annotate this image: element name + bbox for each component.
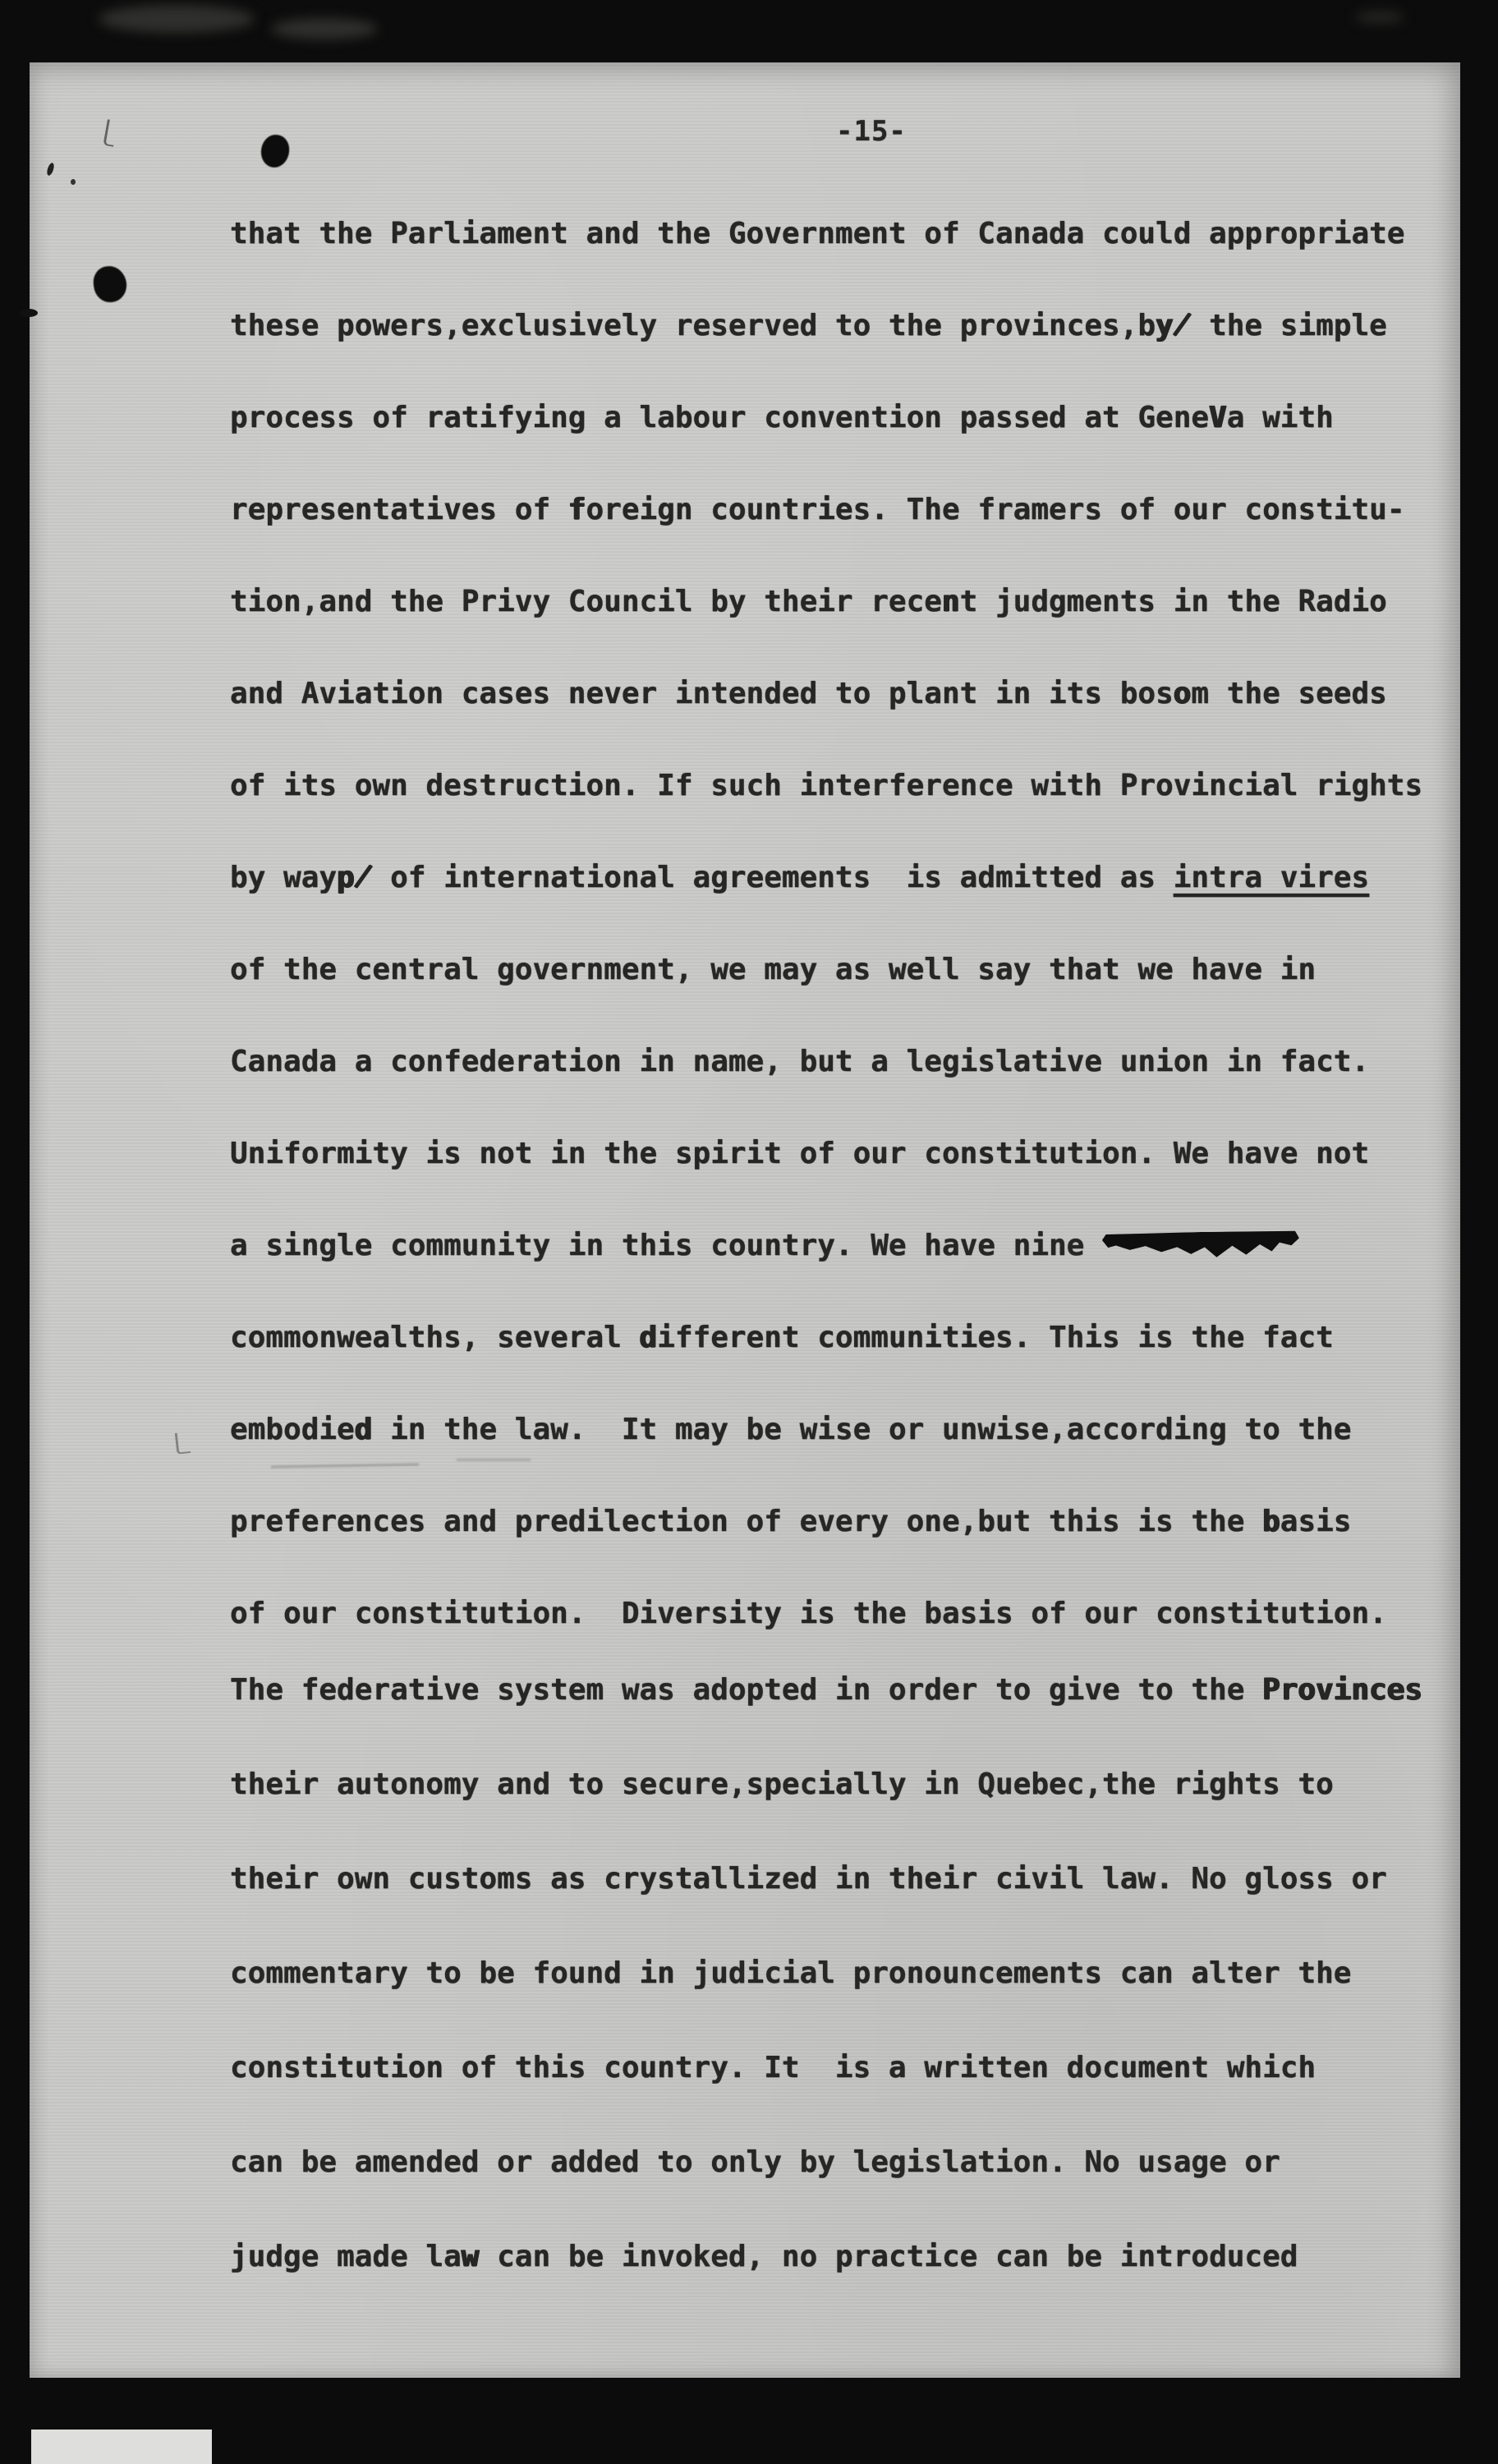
text-line: their own customs as crystallized in the… [230,1862,1462,1956]
text-segment: can be invoked, no practice can be intro… [479,2240,1298,2273]
scan-smudge [1355,11,1404,23]
text-segment: commentary to be found in judicial prono… [230,1956,1351,1990]
overtyped-character: p̸ [337,861,372,894]
text-segment: Canada a confederation in name, but a le… [230,1045,1369,1078]
overtyped-character: f [568,493,586,526]
pencil-mark [103,119,117,147]
text-segment: a with [1227,401,1334,434]
text-line: The federative system was adopted in ord… [230,1673,1462,1768]
text-segment: representatives of [230,493,568,526]
text-line: that the Parliament and the Government o… [230,217,1462,309]
overtyped-character: n [942,585,960,618]
text-line: constitution of this country. It is a wr… [230,2051,1462,2145]
text-line: Uniformity is not in the spirit of our c… [230,1137,1462,1229]
text-segment: of its own destruction. If such interfer… [230,769,1422,802]
ink-speck [71,179,76,185]
overtyped-character: d [640,1321,658,1354]
text-segment: constitution of this country. It is a wr… [230,2051,1316,2085]
text-segment: preferences and predilection of every on… [230,1505,1262,1538]
text-line: their autonomy and to secure,specially i… [230,1768,1462,1862]
text-segment: by way [230,861,337,894]
text-segment: a single community in this country. We h… [230,1229,1084,1262]
text-segment: oreign countries. The framers of our con… [586,493,1405,526]
text-segment: of international agreements is admitted … [372,861,1173,894]
text-segment: asis [1280,1505,1352,1538]
text-segment: in the law. It may be wise or unwise,acc… [372,1413,1351,1446]
text-line: by wayp̸ of international agreements is … [230,861,1462,953]
text-segment: can be amended or added to only by legis… [230,2145,1280,2179]
text-segment: ifferent communities. This is the fact [657,1321,1334,1354]
text-line: and Aviation cases never intended to pla… [230,677,1462,769]
text-segment: tion,and the Privy Council by their rece [230,585,942,618]
text-segment: Uniformity is not in the spirit of our c… [230,1137,1369,1170]
pencil-smudge [457,1459,531,1461]
overtyped-character: Provinces [1262,1673,1422,1707]
overtyped-character: w [462,2240,480,2273]
text-segment: and Aviation cases never intended to pla… [230,677,1174,710]
text-segment: that the Parliament and the Government o… [230,217,1404,251]
text-segment: judge made la [230,2240,462,2273]
ink-speck [46,162,56,176]
text-line: preferences and predilection of every on… [230,1505,1462,1597]
text-segment: their autonomy and to secure,specially i… [230,1768,1334,1801]
document-page: -15- that the Parliament and the Governm… [30,62,1460,2378]
overtyped-character: b [1262,1505,1280,1538]
text-line: commentary to be found in judicial prono… [230,1956,1462,2051]
scanned-document-background: -15- that the Parliament and the Governm… [0,0,1498,2464]
ink-blot [92,264,128,304]
pencil-check-mark [175,1432,191,1455]
text-segment: these powers,exclusively reserved to the… [230,309,1156,342]
text-segment: commonwealths, several [230,1321,640,1354]
overtyped-character: y̸ [1156,309,1191,342]
text-line: a single community in this country. We h… [230,1229,1462,1321]
text-line: of its own destruction. If such interfer… [230,769,1462,861]
body-text-lower: The federative system was adopted in ord… [230,1673,1462,2334]
ink-speck [20,309,38,317]
text-segment: of our constitution. Diversity is the ba… [230,1597,1387,1630]
text-line: tion,and the Privy Council by their rece… [230,585,1462,677]
text-segment: of the central government, we may as wel… [230,953,1316,986]
text-line: can be amended or added to only by legis… [230,2145,1462,2240]
page-number: -15- [836,115,907,148]
text-line: process of ratifying a labour convention… [230,401,1462,493]
text-segment: process of ratifying a labour convention… [230,401,1209,434]
overtyped-character: V [1209,401,1227,434]
text-line: of the central government, we may as wel… [230,953,1462,1045]
text-segment: t judgments in the Radio [960,585,1387,618]
text-line: representatives of foreign countries. Th… [230,493,1462,585]
underlined-phrase: intra vires [1174,861,1369,894]
text-segment: embodie [230,1413,355,1446]
text-segment: The federative system was adopted in ord… [230,1673,1262,1707]
text-segment: m the seeds [1191,677,1386,710]
text-line: Canada a confederation in name, but a le… [230,1045,1462,1137]
scan-smudge [99,5,255,33]
text-line: these powers,exclusively reserved to the… [230,309,1462,401]
ink-blot [259,133,291,169]
text-segment: their own customs as crystallized in the… [230,1862,1387,1896]
text-line: embodied in the law. It may be wise or u… [230,1413,1462,1505]
body-text-upper: that the Parliament and the Government o… [230,217,1462,1689]
text-line: judge made law can be invoked, no practi… [230,2240,1462,2334]
scan-edge-notch [31,2430,212,2464]
overtyped-character: d [355,1413,373,1446]
overtyped-character: o [1174,677,1192,710]
scratched-out-word [1102,1230,1299,1259]
text-segment: the simple [1191,309,1386,342]
scan-smudge [271,18,378,39]
text-line: commonwealths, several different communi… [230,1321,1462,1413]
